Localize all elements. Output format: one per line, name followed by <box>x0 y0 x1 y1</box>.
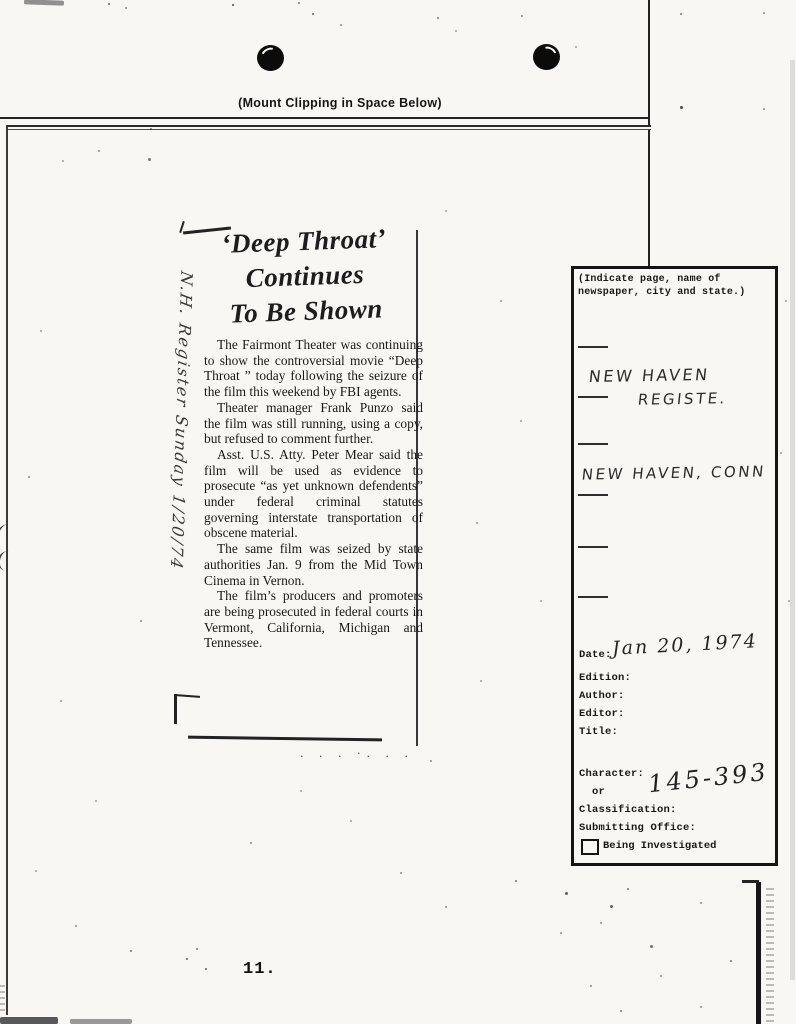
noise-speck <box>590 985 592 987</box>
noise-speck <box>476 522 478 524</box>
field-label-or: or <box>592 786 605 798</box>
noise-speck <box>108 3 110 5</box>
header-divider-line <box>0 117 650 119</box>
noise-speck <box>232 4 234 6</box>
noise-speck <box>205 968 207 970</box>
noise-speck <box>660 975 662 977</box>
adjacent-page-edge-tick <box>742 880 759 883</box>
form-instruction-label: (Indicate page, name of newspaper, city … <box>578 273 768 299</box>
noise-speck <box>620 1010 622 1012</box>
field-label-classification: Classification: <box>579 804 677 816</box>
noise-speck <box>95 800 97 802</box>
noise-speck <box>400 872 402 874</box>
form-blank-line <box>578 494 608 496</box>
form-blank-line <box>578 546 608 548</box>
clipping-paragraph: The Fairmont Theater was continuing to s… <box>204 337 423 400</box>
noise-speck <box>140 620 142 622</box>
noise-speck <box>680 106 683 109</box>
noise-speck <box>520 420 522 422</box>
noise-speck <box>300 790 302 792</box>
noise-speck <box>455 30 457 32</box>
noise-speck <box>28 476 30 478</box>
noise-speck <box>445 210 447 212</box>
noise-speck <box>196 948 198 950</box>
noise-speck <box>298 2 300 4</box>
clipping-article-body: The Fairmont Theater was continuing to s… <box>204 337 423 651</box>
noise-speck <box>540 600 542 602</box>
noise-speck <box>340 24 342 26</box>
field-label-editor: Editor: <box>579 708 625 720</box>
noise-speck <box>610 905 613 908</box>
noise-speck <box>445 906 447 908</box>
field-label-title: Title: <box>579 726 618 738</box>
hole-punch-mark-right <box>533 44 560 70</box>
field-label-submitting-office: Submitting Office: <box>579 822 696 834</box>
form-blank-line <box>578 396 608 398</box>
noise-speck <box>150 128 152 130</box>
pen-stray-mark <box>0 550 17 572</box>
hole-punch-mark-left <box>257 45 284 71</box>
noise-speck <box>186 958 188 960</box>
clipping-paragraph: Theater manager Frank Punzo said the fil… <box>204 400 423 447</box>
adjacent-page-edge-line <box>756 882 761 1024</box>
noise-speck <box>515 880 517 882</box>
scan-smudge <box>24 0 64 6</box>
field-label-date: Date: <box>579 649 612 661</box>
noise-speck <box>60 700 62 702</box>
noise-speck <box>650 945 653 948</box>
noise-speck <box>600 922 602 924</box>
noise-speck <box>565 892 568 895</box>
scan-smudge <box>0 1017 58 1024</box>
left-edge-ghost-text <box>0 985 5 1015</box>
field-label-character: Character: <box>579 768 644 780</box>
noise-speck <box>780 452 782 454</box>
scanned-document-page: (Mount Clipping in Space Below) . . . ·.… <box>0 0 796 1024</box>
form-blank-line <box>578 443 608 445</box>
noise-speck <box>480 680 482 682</box>
noise-speck <box>40 330 42 332</box>
noise-speck <box>785 300 787 302</box>
form-blank-line <box>578 346 608 348</box>
noise-speck <box>627 888 629 890</box>
clipping-torn-edge-dots: . . . ·. . . <box>300 747 414 760</box>
noise-speck <box>35 870 37 872</box>
noise-speck <box>763 108 765 110</box>
noise-speck <box>250 842 252 844</box>
clipping-headline: ‘Deep Throat’ Continues To Be Shown <box>194 220 416 333</box>
noise-speck <box>788 600 790 602</box>
noise-speck <box>730 960 732 962</box>
noise-speck <box>700 902 702 904</box>
noise-speck <box>430 760 432 762</box>
noise-speck <box>575 46 577 48</box>
noise-speck <box>437 17 439 19</box>
adjacent-page-ghost-text <box>766 888 774 1022</box>
noise-speck <box>98 150 100 152</box>
mount-instruction-label: (Mount Clipping in Space Below) <box>180 96 500 110</box>
form-blank-line <box>578 596 608 598</box>
noise-speck <box>125 7 127 9</box>
noise-speck <box>312 13 314 15</box>
handwritten-newspaper-name: NEW HAVEN <box>588 365 711 386</box>
being-investigated-checkbox <box>581 839 599 855</box>
handwritten-city-state: NEW HAVEN, CONN <box>581 462 767 483</box>
noise-speck <box>350 820 352 822</box>
scan-smudge <box>70 1019 132 1024</box>
clipping-paragraph: The same film was seized by state author… <box>204 541 423 588</box>
noise-speck <box>62 160 64 162</box>
noise-speck <box>560 932 562 934</box>
field-label-edition: Edition: <box>579 672 631 684</box>
clipping-edge-mark-bottomleft-v <box>174 694 177 724</box>
noise-speck <box>130 950 132 952</box>
noise-speck <box>500 300 502 302</box>
page-number: 11. <box>243 960 277 979</box>
noise-speck <box>75 925 77 927</box>
noise-speck <box>763 12 765 14</box>
noise-speck <box>680 13 682 15</box>
noise-speck <box>148 158 151 161</box>
field-label-author: Author: <box>579 690 625 702</box>
noise-speck <box>521 15 523 17</box>
right-edge-shadow <box>790 60 795 980</box>
handwritten-newspaper-name-2: REGISTE. <box>637 389 728 409</box>
noise-speck <box>700 1006 702 1008</box>
clipping-paragraph: The film’s producers and promoters are b… <box>204 588 423 651</box>
clipping-paragraph: Asst. U.S. Atty. Peter Mear said the fil… <box>204 447 423 541</box>
being-investigated-label: Being Investigated <box>603 840 716 852</box>
